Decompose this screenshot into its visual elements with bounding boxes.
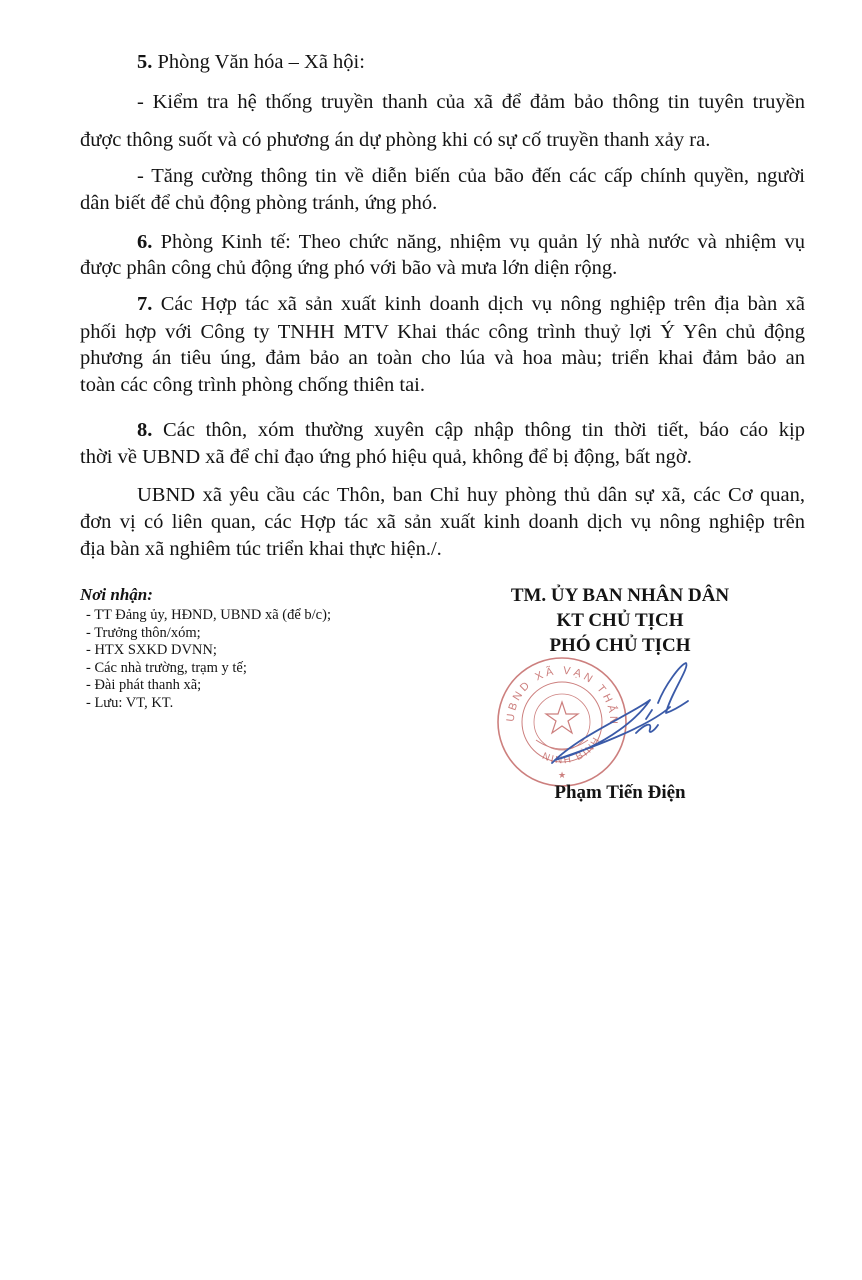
recipients-title: Nơi nhận:	[80, 585, 153, 605]
signature-title-1: TM. ỦY BAN NHÂN DÂN	[470, 585, 770, 607]
recipient-item: - HTX SXKD DVNN;	[86, 642, 217, 659]
paragraph-line: được phân công chủ động ứng phó với bão …	[80, 256, 617, 280]
paragraph-line: dân biết để chủ động phòng tránh, ứng ph…	[80, 191, 437, 215]
section-number: 6.	[137, 231, 152, 253]
paragraph-line: được thông suốt và có phương án dự phòng…	[80, 128, 710, 152]
section-number: 7.	[137, 293, 152, 315]
handwritten-signature-icon	[540, 655, 700, 775]
section-6-line: 6. Phòng Kinh tế: Theo chức năng, nhiệm …	[137, 230, 805, 254]
recipient-item: - Trưởng thôn/xóm;	[86, 625, 201, 642]
section-8-line: 8. Các thôn, xóm thường xuyên cập nhập t…	[137, 418, 805, 442]
paragraph-line: phối hợp với Công ty TNHH MTV Khai thác …	[80, 320, 805, 344]
signature-title-2: KT CHỦ TỊCH	[470, 610, 770, 632]
closing-line: đơn vị có liên quan, các Hợp tác xã sản …	[80, 510, 805, 534]
closing-line: địa bàn xã nghiêm túc triển khai thực hi…	[80, 537, 442, 561]
section-number: 8.	[137, 419, 152, 441]
recipient-item: - Lưu: VT, KT.	[86, 695, 173, 712]
signer-name: Phạm Tiến Điện	[470, 782, 770, 804]
recipient-item: - TT Đảng ủy, HĐND, UBND xã (để b/c);	[86, 607, 331, 624]
recipient-item: - Đài phát thanh xã;	[86, 677, 201, 694]
paragraph-text: Phòng Kinh tế: Theo chức năng, nhiệm vụ …	[152, 231, 805, 253]
paragraph-line: thời về UBND xã để chỉ đạo ứng phó hiệu …	[80, 445, 692, 469]
paragraph-line: toàn các công trình phòng chống thiên ta…	[80, 373, 425, 397]
section-5-heading: 5. Phòng Văn hóa – Xã hội:	[137, 50, 365, 74]
paragraph-line: phương án tiêu úng, đảm bảo an toàn cho …	[80, 346, 805, 370]
paragraph-text: Các Hợp tác xã sản xuất kinh doanh dịch …	[152, 293, 805, 315]
section-7-line: 7. Các Hợp tác xã sản xuất kinh doanh dị…	[137, 292, 805, 316]
recipient-item: - Các nhà trường, trạm y tế;	[86, 660, 247, 677]
section-title: Phòng Văn hóa – Xã hội:	[152, 51, 365, 73]
closing-line: UBND xã yêu cầu các Thôn, ban Chỉ huy ph…	[137, 483, 805, 507]
paragraph-text: Các thôn, xóm thường xuyên cập nhập thôn…	[152, 419, 805, 441]
section-number: 5.	[137, 51, 152, 73]
paragraph-line: - Tăng cường thông tin về diễn biến của …	[137, 164, 805, 188]
paragraph-line: - Kiểm tra hệ thống truyền thanh của xã …	[137, 90, 805, 114]
